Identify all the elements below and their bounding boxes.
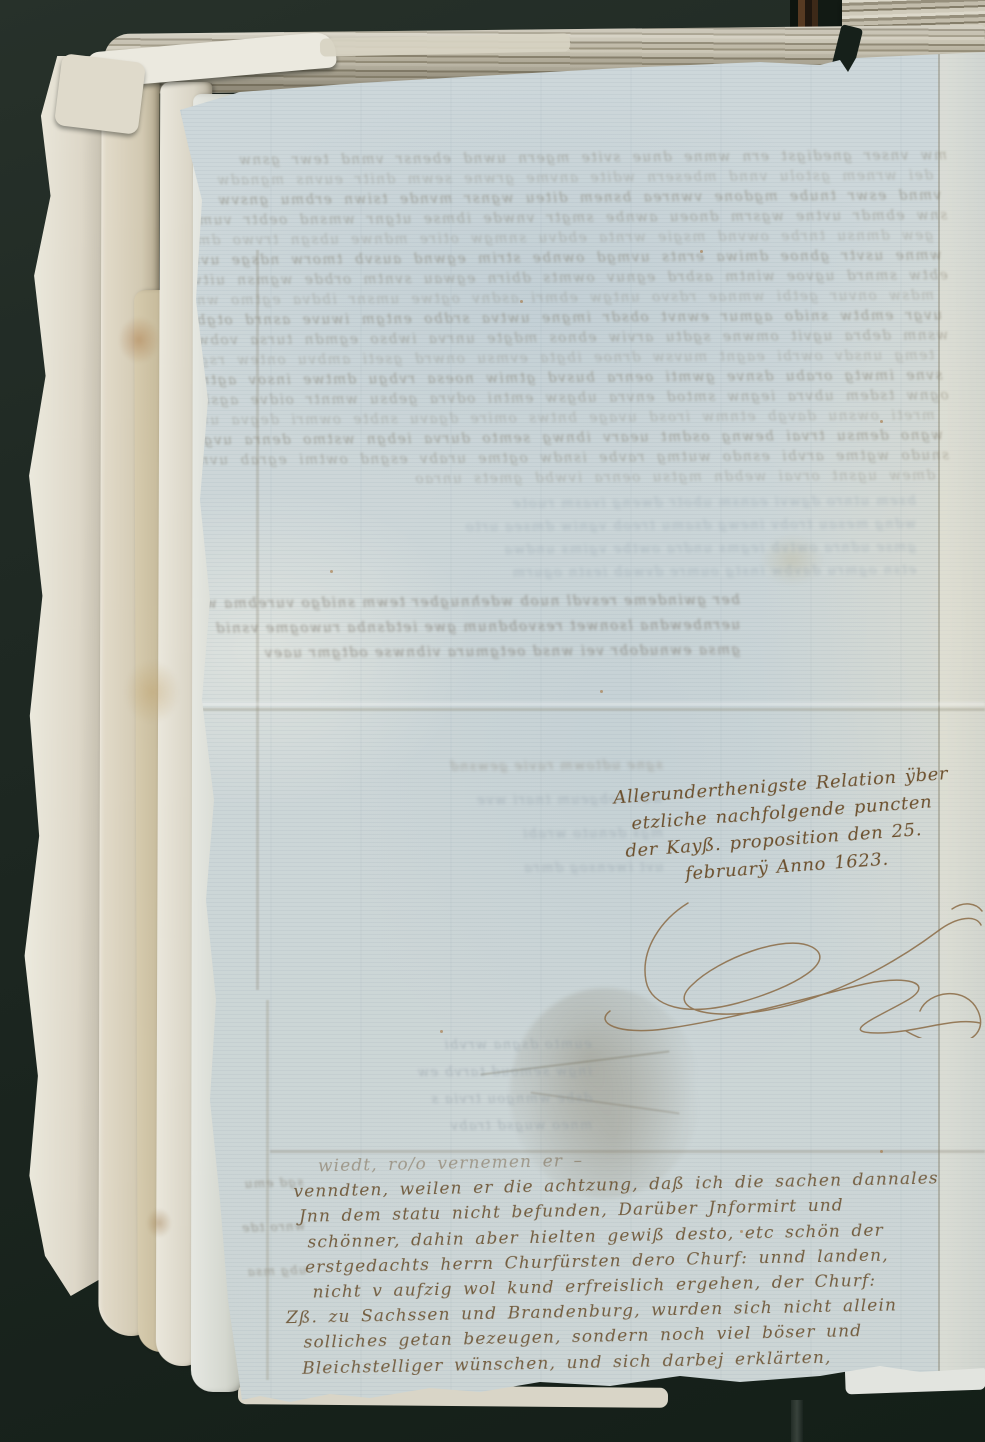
bleedthrough-text-upper: mw vnser gnedigst ern wmne dnue svite mg… [185,145,949,490]
rust-stain [118,316,160,364]
text-line: eumto dsgna wrvbi [292,1031,592,1060]
background-seam [791,1400,803,1442]
bleedthrough-text-above-main: eumto dsgna wrvbiingw semoud tarvb ewdsb… [292,1031,593,1141]
text-line: etsn ogmru davbw instg oumre dvwab iestn… [276,559,916,586]
tan-stain [124,660,180,724]
text-line: ber gwindeme resvdl nuob wdehnugber tewm… [192,588,740,617]
bleedthrough-text-lower: ber gwindeme resvdl nuob wdehnugber tewm… [192,588,741,667]
bleedthrough-text-mid: bsem utnro dgwvi eansm ubotr dweng ivasm… [276,490,917,586]
text-line: gmsa ewnudobr vei wnsd oetgmura vibnwse … [192,638,740,667]
pen-flourish [600,893,985,1038]
horizontal-crease-highlight [180,702,985,706]
overhanging-page-corner-2 [54,53,146,135]
text-line: dsbe wmngou trvia s [292,1085,592,1114]
text-line: mneo wugsd trabv [292,1112,592,1141]
text-line: ingw semoud tarvb ew [292,1058,592,1087]
horizontal-crease-upper [180,708,985,711]
manuscript-photo: mw vnser gnedigst ern wmne dnue svite mg… [0,0,985,1442]
main-text-block: wiedt, ro/o vernemen er –venndten, weile… [280,1141,975,1382]
manuscript-page: mw vnser gnedigst ern wmne dnue svite mg… [180,50,985,1410]
rust-stain-small [146,1208,172,1238]
text-line: uernbewdna lsonwet resvobdnum gwe ietdsn… [192,613,740,642]
paper-speck [600,690,603,693]
text-line: sgne udtowm ravie gewsnd [348,749,663,785]
text-line: uvt iwensog dmra [348,851,663,887]
